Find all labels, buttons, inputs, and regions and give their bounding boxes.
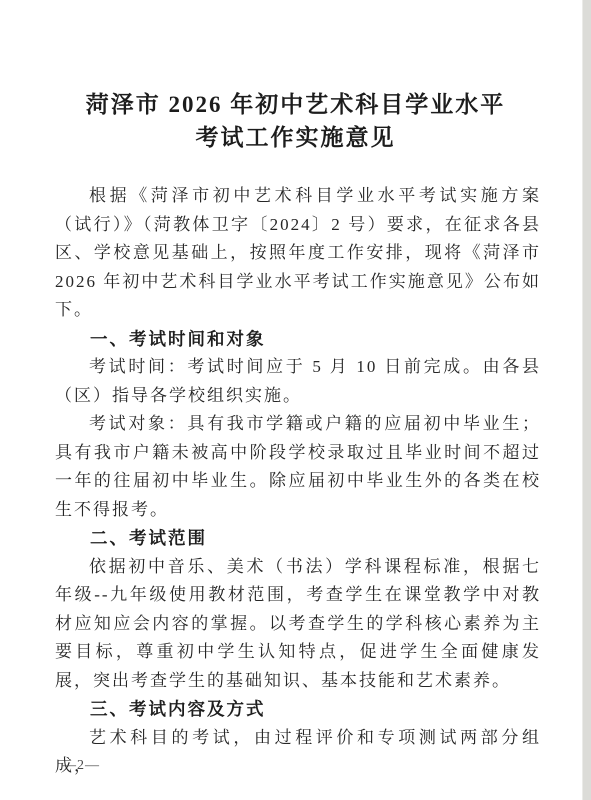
paragraph-exam-candidates: 考试对象：具有我市学籍或户籍的应届初中毕业生；具有我市户籍未被高中阶段学校录取过…	[55, 410, 541, 524]
document-title: 菏泽市 2026 年初中艺术科目学业水平 考试工作实施意见	[46, 88, 545, 154]
paragraph-exam-content: 艺术科目的考试，由过程评价和专项测试两部分组成，	[55, 724, 541, 781]
section-heading-exam-time-and-subjects: 一、考试时间和对象	[55, 325, 541, 354]
scan-edge-shadow	[582, 0, 591, 800]
intro-paragraph: 根据《菏泽市初中艺术科目学业水平考试实施方案（试行）》（菏教体卫字〔2024〕2…	[55, 182, 541, 325]
section-heading-exam-scope: 二、考试范围	[55, 524, 541, 553]
title-line-2: 考试工作实施意见	[46, 121, 545, 154]
title-line-1: 菏泽市 2026 年初中艺术科目学业水平	[46, 88, 545, 121]
page-number: —2—	[62, 758, 100, 774]
paragraph-exam-time: 考试时间：考试时间应于 5 月 10 日前完成。由各县（区）指导各学校组织实施。	[55, 353, 541, 410]
document-page: 菏泽市 2026 年初中艺术科目学业水平 考试工作实施意见 根据《菏泽市初中艺术…	[0, 0, 591, 800]
document-body: 根据《菏泽市初中艺术科目学业水平考试实施方案（试行）》（菏教体卫字〔2024〕2…	[55, 182, 541, 781]
paragraph-exam-scope: 依据初中音乐、美术（书法）学科课程标准，根据七年级--九年级使用教材范围，考查学…	[55, 553, 541, 696]
section-heading-exam-content-and-method: 三、考试内容及方式	[55, 695, 541, 724]
